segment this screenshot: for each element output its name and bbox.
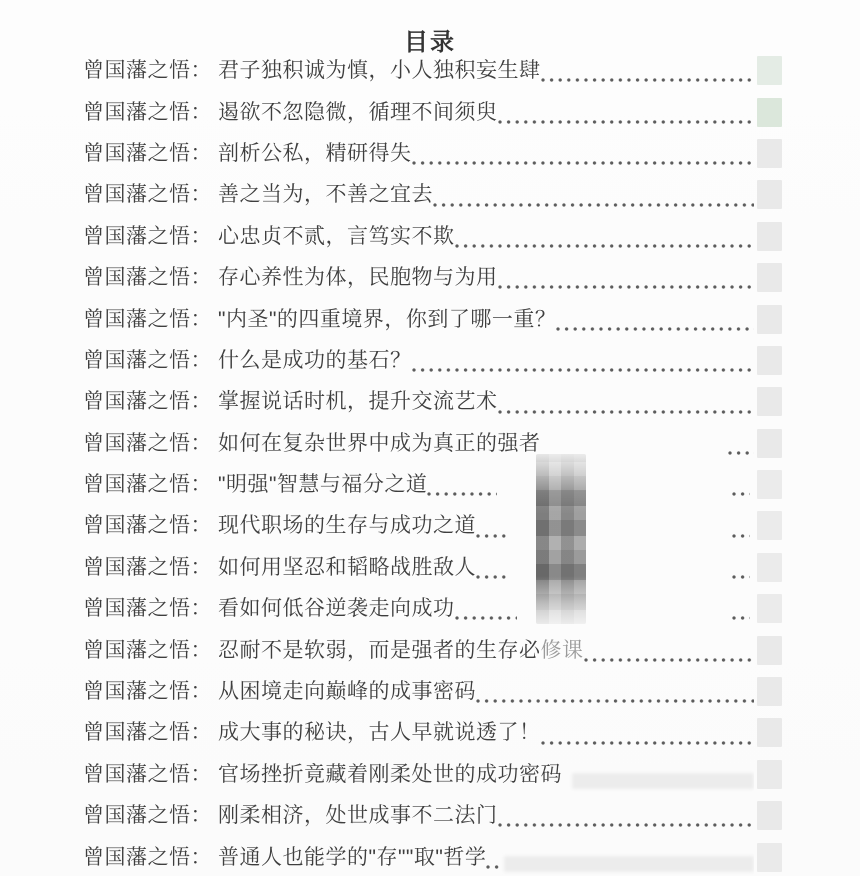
leader-area (455, 216, 755, 257)
dot-leader (541, 77, 755, 83)
page-number-redaction (757, 843, 782, 872)
leader-area (476, 547, 754, 588)
row-title: 成大事的秘诀，古人早就说透了！ (218, 722, 541, 743)
row-prefix: 曾国藩之悟： (83, 681, 212, 702)
leader-area (498, 91, 755, 132)
row-prefix: 曾国藩之悟： (83, 350, 212, 371)
row-title-light-suffix: 修课 (541, 640, 584, 661)
page-number-redaction (757, 346, 782, 375)
dot-leader (732, 574, 750, 580)
leader-area (476, 505, 754, 546)
row-title: 刚柔相济，处世成事不二法门 (218, 805, 498, 826)
page-number-redaction (757, 387, 782, 416)
dot-leader (455, 615, 517, 621)
dot-leader (498, 119, 755, 125)
dot-leader (476, 574, 506, 580)
leader-area (433, 174, 754, 215)
toc-row: 曾国藩之悟： "内圣"的四重境界，你到了哪一重？ (83, 298, 782, 339)
leader-area (556, 298, 754, 339)
toc-row: 曾国藩之悟： 什么是成功的基石？ (83, 340, 782, 381)
pixelated-redaction (536, 454, 586, 624)
blurred-strip (572, 773, 754, 789)
toc-row: 曾国藩之悟： 掌握说话时机，提升交流艺术 (83, 381, 782, 422)
dot-leader (412, 367, 755, 373)
toc-row: 曾国藩之悟： 君子独积诚为慎，小人独积妄生肆 (83, 50, 782, 91)
row-title: "内圣"的四重境界，你到了哪一重？ (218, 309, 556, 330)
toc-row: 曾国藩之悟： 刚柔相济，处世成事不二法门 (83, 795, 782, 836)
row-title: 如何用坚忍和韬略战胜敌人 (218, 557, 476, 578)
row-prefix: 曾国藩之悟： (83, 847, 212, 868)
dot-leader (433, 202, 754, 208)
row-title: 什么是成功的基石？ (218, 350, 412, 371)
blurred-strip (504, 856, 754, 872)
page-number-redaction (757, 677, 782, 706)
row-prefix: 曾国藩之悟： (83, 764, 212, 785)
row-prefix: 曾国藩之悟： (83, 60, 212, 81)
dot-leader (732, 533, 750, 539)
row-title: 掌握说话时机，提升交流艺术 (218, 391, 498, 412)
row-prefix: 曾国藩之悟： (83, 391, 212, 412)
row-title: 看如何低谷逆袭走向成功 (218, 598, 455, 619)
toc-row: 曾国藩之悟： 从困境走向巅峰的成事密码 (83, 671, 782, 712)
row-prefix: 曾国藩之悟： (83, 143, 212, 164)
page-number-redaction (757, 263, 782, 292)
row-title: 官场挫折竟藏着刚柔处世的成功密码 (218, 764, 562, 785)
dot-leader (541, 740, 755, 746)
toc-row: 曾国藩之悟： 心忠贞不贰，言笃实不欺 (83, 216, 782, 257)
page-number-redaction (757, 636, 782, 665)
leader-area (541, 50, 755, 91)
toc-row: 曾国藩之悟： 普通人也能学的"存""取"哲学 (83, 836, 782, 876)
toc-row: 曾国藩之悟： 忍耐不是软弱，而是强者的生存必 修课 (83, 629, 782, 670)
row-title: 善之当为，不善之宜去 (218, 184, 433, 205)
leader-area (498, 257, 755, 298)
row-prefix: 曾国藩之悟： (83, 557, 212, 578)
page-number-redaction (757, 139, 782, 168)
page-number-redaction (757, 429, 782, 458)
leader-area (584, 629, 755, 670)
toc-row: 曾国藩之悟： 剖析公私，精研得失 (83, 133, 782, 174)
dot-leader (476, 533, 506, 539)
toc-row: 曾国藩之悟： 如何用坚忍和韬略战胜敌人 (83, 547, 782, 588)
toc-row: 曾国藩之悟： 成大事的秘诀，古人早就说透了！ (83, 712, 782, 753)
dot-leader (498, 822, 755, 828)
row-prefix: 曾国藩之悟： (83, 598, 212, 619)
leader-area (455, 588, 755, 629)
toc-row: 曾国藩之悟： 现代职场的生存与成功之道 (83, 505, 782, 546)
toc-list: 曾国藩之悟： 君子独积诚为慎，小人独积妄生肆 曾国藩之悟： 遏欲不忽隐微，循理不… (83, 50, 782, 876)
leader-area (541, 712, 755, 753)
leader-area (498, 795, 755, 836)
toc-row: 曾国藩之悟： "明强"智慧与福分之道 (83, 464, 782, 505)
row-title: 忍耐不是软弱，而是强者的生存必 (218, 640, 541, 661)
page-number-redaction (757, 760, 782, 789)
page-number-redaction (757, 801, 782, 830)
row-prefix: 曾国藩之悟： (83, 226, 212, 247)
toc-row: 曾国藩之悟： 善之当为，不善之宜去 (83, 174, 782, 215)
leader-area (427, 464, 754, 505)
page-number-redaction (757, 718, 782, 747)
dot-leader (412, 160, 755, 166)
dot-leader (556, 326, 754, 332)
leader-area (476, 671, 754, 712)
dot-leader (732, 615, 750, 621)
page-number-redaction (757, 222, 782, 251)
dot-leader (732, 491, 750, 497)
row-prefix: 曾国藩之悟： (83, 102, 212, 123)
row-prefix: 曾国藩之悟： (83, 474, 212, 495)
dot-leader (584, 657, 755, 663)
blank-gap (497, 464, 732, 505)
page-number-redaction (757, 98, 782, 127)
dot-leader (498, 409, 755, 415)
toc-row: 曾国藩之悟： 如何在复杂世界中成为真正的强者 (83, 423, 782, 464)
row-title: 存心养性为体，民胞物与为用 (218, 267, 498, 288)
row-prefix: 曾国藩之悟： (83, 805, 212, 826)
leader-area (412, 133, 755, 174)
dot-leader (498, 284, 755, 290)
row-prefix: 曾国藩之悟： (83, 309, 212, 330)
page-number-redaction (757, 553, 782, 582)
row-prefix: 曾国藩之悟： (83, 640, 212, 661)
leader-area (486, 836, 754, 876)
row-title: "明强"智慧与福分之道 (218, 474, 427, 495)
page-number-redaction (757, 511, 782, 540)
page-number-redaction (757, 305, 782, 334)
document-page: 目录 曾国藩之悟： 君子独积诚为慎，小人独积妄生肆 曾国藩之悟： 遏欲不忽隐微，… (0, 0, 860, 876)
row-title: 如何在复杂世界中成为真正的强者 (218, 433, 541, 454)
dot-leader (455, 243, 755, 249)
page-number-redaction (757, 470, 782, 499)
page-number-redaction (757, 56, 782, 85)
row-prefix: 曾国藩之悟： (83, 722, 212, 743)
leader-area (498, 381, 755, 422)
toc-row: 曾国藩之悟： 存心养性为体，民胞物与为用 (83, 257, 782, 298)
toc-row: 曾国藩之悟： 看如何低谷逆袭走向成功 (83, 588, 782, 629)
page-number-redaction (757, 594, 782, 623)
row-title: 心忠贞不贰，言笃实不欺 (218, 226, 455, 247)
leader-area (412, 340, 755, 381)
row-title: 普通人也能学的"存""取"哲学 (218, 847, 486, 868)
page-number-redaction (757, 180, 782, 209)
row-title: 现代职场的生存与成功之道 (218, 515, 476, 536)
dot-leader (486, 864, 500, 870)
dot-leader (427, 491, 497, 497)
row-title: 剖析公私，精研得失 (218, 143, 412, 164)
row-title: 从困境走向巅峰的成事密码 (218, 681, 476, 702)
row-prefix: 曾国藩之悟： (83, 184, 212, 205)
dot-leader (476, 698, 754, 704)
row-title: 遏欲不忽隐微，循理不间须臾 (218, 102, 498, 123)
toc-row: 曾国藩之悟： 遏欲不忽隐微，循理不间须臾 (83, 91, 782, 132)
row-prefix: 曾国藩之悟： (83, 433, 212, 454)
row-prefix: 曾国藩之悟： (83, 267, 212, 288)
row-title: 君子独积诚为慎，小人独积妄生肆 (218, 60, 541, 81)
dot-leader (728, 450, 754, 456)
leader-area (562, 754, 754, 795)
toc-row: 曾国藩之悟： 官场挫折竟藏着刚柔处世的成功密码 (83, 754, 782, 795)
row-prefix: 曾国藩之悟： (83, 515, 212, 536)
